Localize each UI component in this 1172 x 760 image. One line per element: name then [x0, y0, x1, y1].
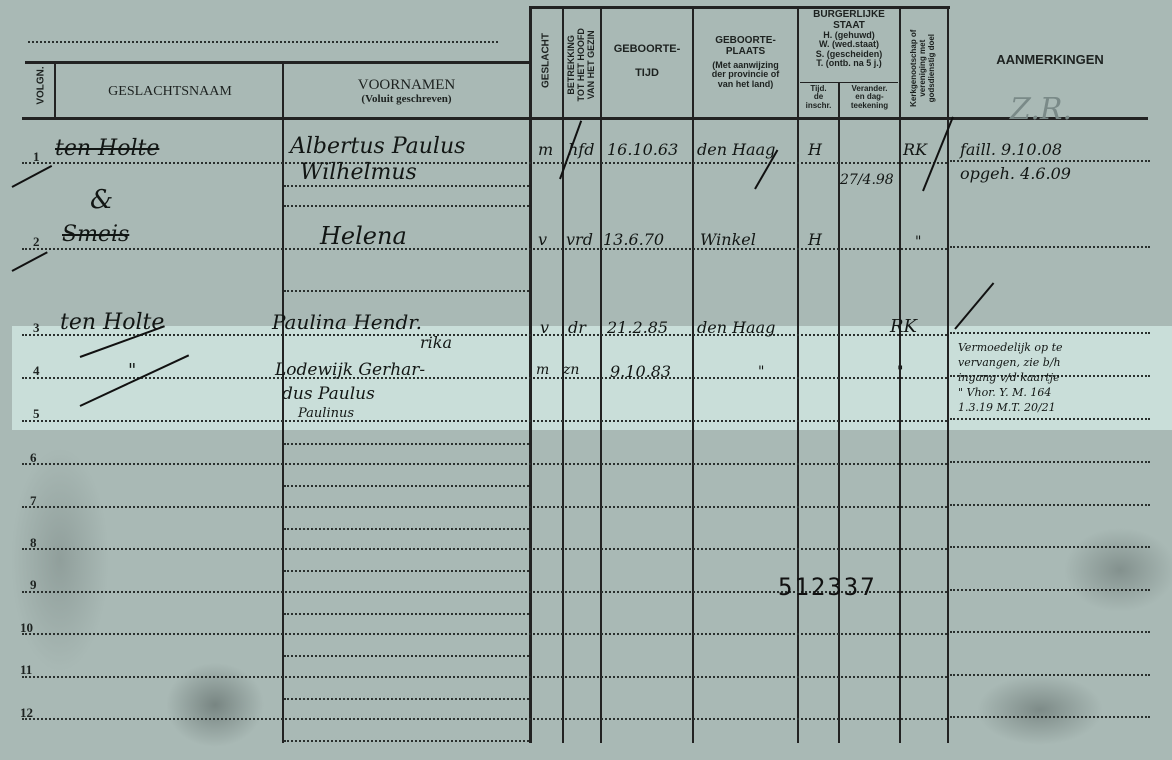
header-voornamen: VOORNAMEN (Voluit geschreven): [284, 78, 529, 105]
header-top-rule-left: [25, 61, 530, 64]
entry-3-remark-1: Vermoedelijk op te: [958, 341, 1063, 354]
header-bottom-rule: [22, 117, 947, 120]
remarks-dotted-line: [950, 418, 1150, 420]
entry-1-firstnames: Albertus Paulus: [290, 134, 465, 159]
firstname-sub-line: [284, 528, 529, 530]
header-top-rule-right: [530, 6, 950, 9]
remarks-dotted-line: [950, 246, 1150, 248]
remarks-dotted-line: [950, 332, 1150, 334]
header-tijd-inschr: Tijd. de inschr.: [799, 85, 838, 110]
header-geboorteplaats: GEBOORTE- PLAATS (Met aanwijzing der pro…: [694, 36, 797, 89]
entry-4-church-ditto: ": [897, 364, 903, 380]
remarks-dotted-line: [950, 716, 1150, 718]
pencil-initials: Z.R.: [1010, 92, 1072, 127]
row-dotted-line: [22, 676, 947, 678]
row-number: 3: [33, 320, 40, 336]
remarks-dotted-line: [950, 631, 1150, 633]
firstname-sub-line: [284, 740, 529, 742]
entry-4-birthdate: 9.10.83: [610, 362, 671, 381]
entry-2-birthdate: 13.6.70: [603, 230, 664, 249]
remarks-dotted-line: [950, 160, 1150, 162]
remarks-dotted-line: [950, 589, 1150, 591]
register-card: VOLGN. GESLACHTSNAAM VOORNAMEN (Voluit g…: [0, 0, 1172, 760]
entry-4-firstnames-3: Paulinus: [298, 406, 354, 421]
entry-1-civil-status: H: [808, 140, 822, 159]
entry-2-birthplace: Winkel: [700, 230, 756, 249]
entry-3-birthplace: den Haag: [697, 318, 775, 337]
header-geslacht: GESLACHT: [541, 26, 552, 96]
entry-1-church: RK: [903, 140, 927, 159]
entry-4-firstnames-2: dus Paulus: [282, 384, 375, 404]
firstname-sub-line: [284, 290, 529, 292]
entry-2-civil-status: H: [808, 230, 822, 249]
entry-2-gender: v: [538, 230, 547, 249]
entry-3-remark-2: vervangen, zie b/h: [958, 356, 1061, 369]
firstname-sub-line: [284, 205, 529, 207]
header-volgn: VOLGN.: [36, 63, 47, 109]
row-number: 12: [20, 705, 33, 721]
row-number: 7: [30, 493, 37, 509]
entry-4-relation: zn: [563, 362, 579, 378]
entry-3-remark-5: 1.3.19 M.T. 20/21: [958, 401, 1056, 414]
entry-4-firstnames: Lodewijk Gerhar-: [275, 360, 425, 380]
entry-3-remark-4: " Vhor. Y. M. 164: [958, 386, 1051, 399]
row-number: 2: [33, 234, 40, 250]
entry-4-gender: m: [536, 362, 549, 378]
entry-1-gender: m: [538, 140, 553, 159]
firstname-sub-line: [284, 443, 529, 445]
firstname-sub-line: [284, 570, 529, 572]
entry-2-relation: vrd: [566, 230, 593, 249]
row-dotted-line: [22, 633, 947, 635]
entry-2-firstnames: Helena: [320, 222, 407, 250]
remarks-dotted-line: [950, 504, 1150, 506]
entry-1-surname: ten Holte: [55, 136, 159, 161]
entry-3-firstnames-2: rika: [420, 333, 452, 352]
col-divider-kerk: [947, 6, 949, 743]
firstname-sub-line: [284, 655, 529, 657]
entry-1-change-date: 27/4.98: [840, 172, 894, 188]
row-dotted-line: [22, 420, 947, 422]
card-number-stamp: 512337: [778, 573, 877, 601]
firstname-sub-line: [284, 613, 529, 615]
row-number: 10: [20, 620, 33, 636]
header-geslachtsnaam: GESLACHTSNAAM: [60, 85, 280, 100]
header-aanmerkingen: AANMERKINGEN: [950, 53, 1150, 67]
entry-1-birthdate: 16.10.63: [607, 140, 678, 159]
row-dotted-line: [22, 463, 947, 465]
header-geboortetijd: GEBOORTE- TIJD: [602, 44, 692, 79]
row-dotted-line: [22, 377, 947, 379]
entry-1-remark-1: faill. 9.10.08: [960, 140, 1062, 159]
entry-1-birthplace: den Haag: [697, 140, 775, 159]
header-kerkgenootschap: Kerkgenootschap of vereniging met godsdi…: [910, 18, 936, 118]
header-verander: Verander. en dag- teekening: [840, 85, 899, 110]
entry-3-church: RK: [890, 316, 917, 337]
remarks-dotted-line: [950, 461, 1150, 463]
firstname-sub-line: [284, 185, 529, 187]
top-dotted-line: [28, 41, 498, 43]
row-number: 11: [20, 662, 32, 678]
entry-3-remark-3: ingang v/d kaartje: [958, 371, 1060, 384]
pen-stroke: [954, 282, 994, 329]
row-number: 1: [33, 149, 40, 165]
entry-3-relation: dr: [568, 318, 586, 337]
entry-3-gender: v: [540, 318, 549, 337]
entry-2-church: ": [915, 234, 921, 250]
row-dotted-line: [22, 548, 947, 550]
pen-stroke: [12, 165, 53, 188]
remarks-dotted-line: [950, 674, 1150, 676]
header-burgerlijke-staat: BURGERLIJKE STAAT H. (gehuwd) W. (wed.st…: [799, 10, 899, 69]
burgerlijke-staat-subdivider: [800, 82, 898, 83]
remarks-dotted-line: [950, 546, 1150, 548]
firstname-sub-line: [284, 485, 529, 487]
row-number: 5: [33, 406, 40, 422]
row-number: 9: [30, 577, 37, 593]
entry-1-firstnames-2: Wilhelmus: [300, 160, 417, 185]
firstname-sub-line: [284, 698, 529, 700]
entry-1-remark-2: opgeh. 4.6.09: [960, 164, 1071, 183]
pen-stroke: [12, 251, 48, 272]
col-divider-volgn: [54, 63, 56, 118]
row-number: 6: [30, 450, 37, 466]
row-number: 8: [30, 535, 37, 551]
entry-3-birthdate: 21.2.85: [607, 318, 668, 337]
entry-4-birthplace-ditto: ": [758, 364, 764, 380]
row-number: 4: [33, 363, 40, 379]
entry-2-surname: Smeis: [62, 222, 129, 247]
header-betrekking: BETREKKING TOT HET HOOFD VAN HET GEZIN: [567, 15, 597, 115]
row-dotted-line: [22, 506, 947, 508]
entry-3-firstnames: Paulina Hendr.: [272, 310, 422, 334]
row-dotted-line: [22, 162, 947, 164]
entry-2-connector: &: [90, 185, 113, 215]
row-dotted-line: [22, 718, 947, 720]
